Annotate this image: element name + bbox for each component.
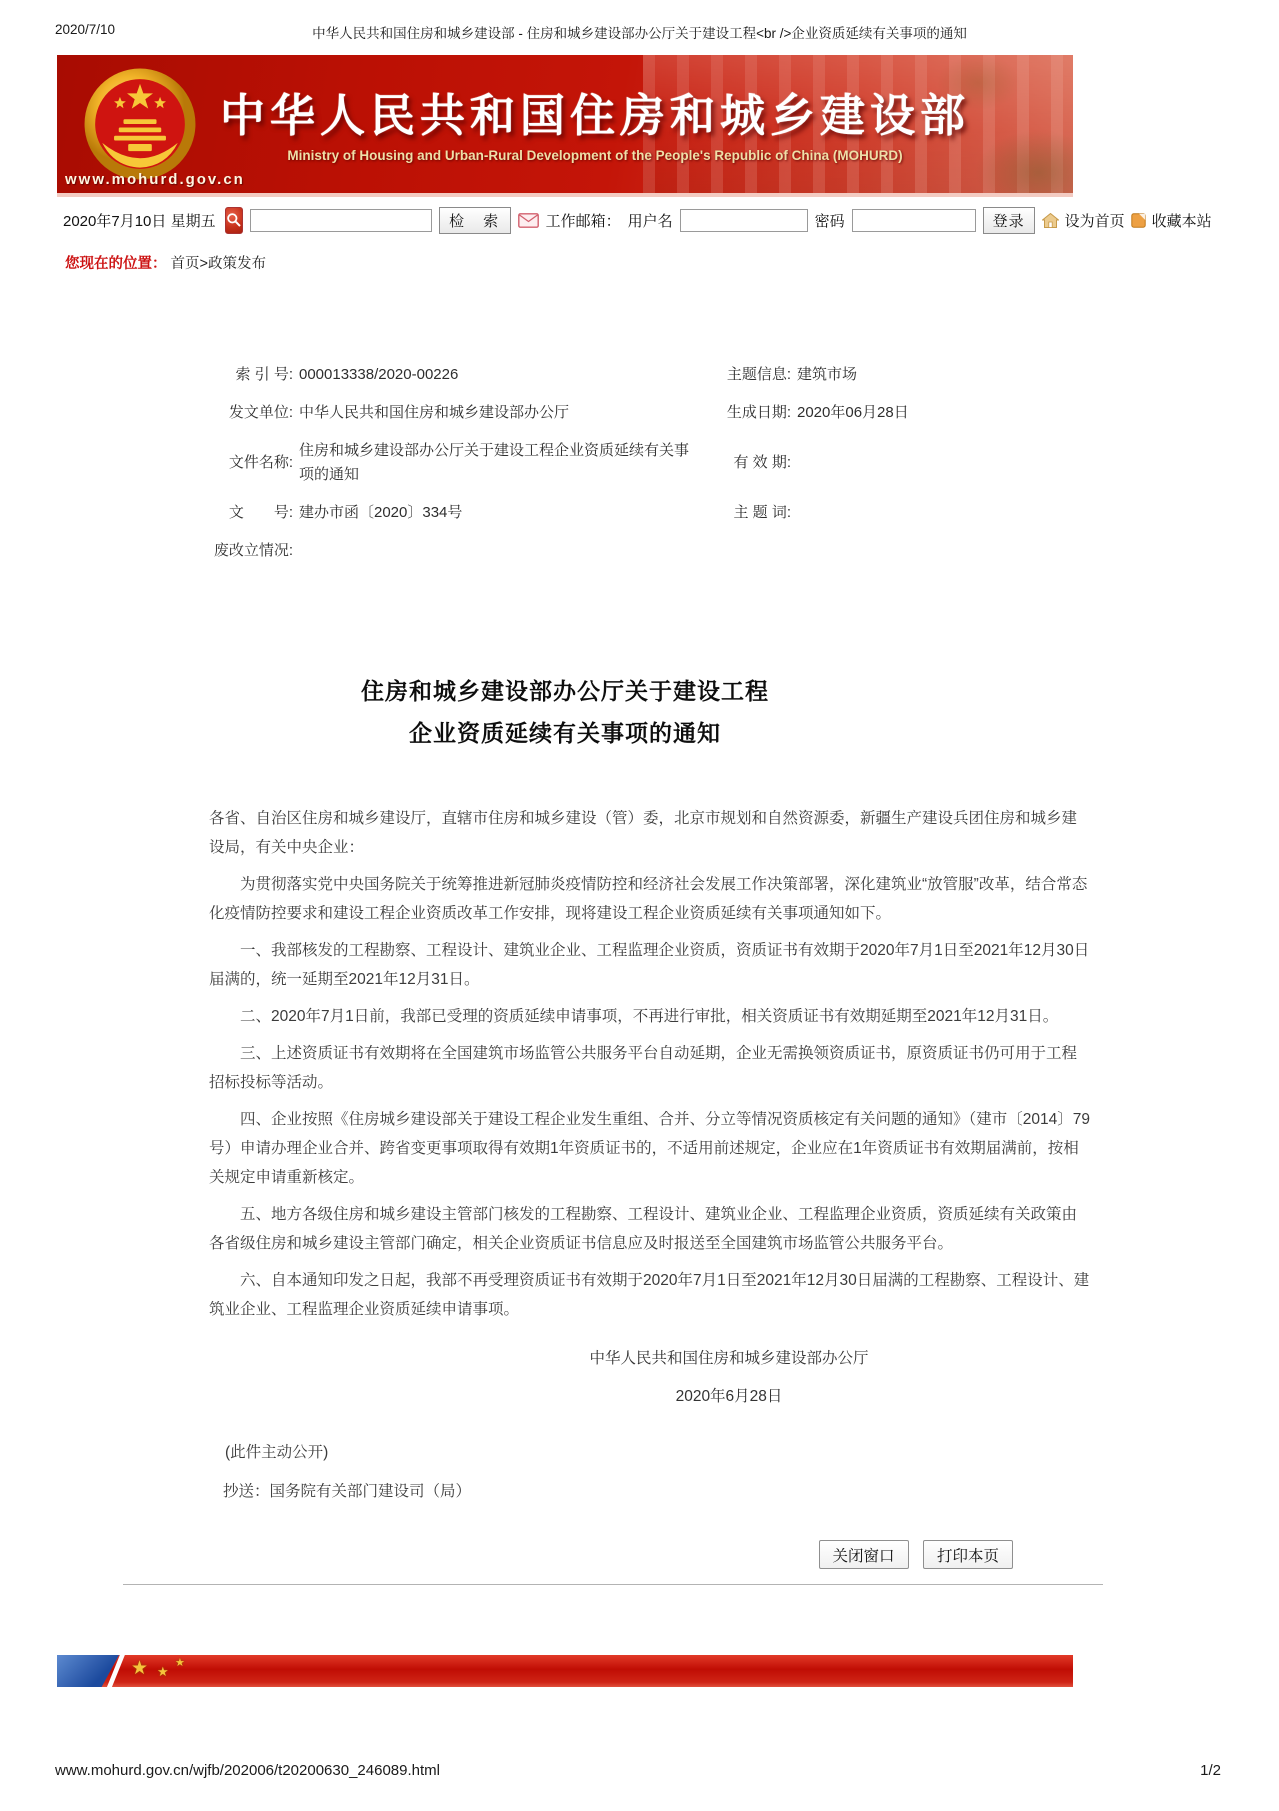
page-title: 住房和城乡建设部办公厅关于建设工程 企业资质延续有关事项的通知	[57, 670, 1073, 754]
star-icon: ★	[131, 1657, 148, 1680]
meta-value: 建筑市场	[797, 356, 1061, 394]
paragraph: 三、上述资质证书有效期将在全国建筑市场监管公共服务平台自动延期，企业无需换领资质…	[209, 1039, 1091, 1097]
action-bar: 关闭窗口 打印本页	[57, 1540, 1073, 1569]
meta-label: 主题信息:	[695, 356, 797, 394]
mail-label: 工作邮箱：	[546, 210, 621, 231]
document-body: 各省、自治区住房和城乡建设厅，直辖市住房和城乡建设（管）委，北京市规划和自然资源…	[209, 804, 1091, 1506]
signature-block: 中华人民共和国住房和城乡建设部办公厅 2020年6月28日	[519, 1340, 939, 1416]
toolbar-date: 2020年7月10日 星期五	[63, 210, 216, 231]
meta-value	[797, 456, 1061, 470]
meta-value: 中华人民共和国住房和城乡建设部办公厅	[299, 394, 695, 432]
home-icon	[1042, 213, 1059, 228]
breadcrumb-label: 您现在的位置：	[65, 256, 167, 272]
breadcrumb-path[interactable]: 首页>政策发布	[171, 256, 266, 272]
paragraph: 四、企业按照《住房城乡建设部关于建设工程企业发生重组、合并、分立等情况资质核定有…	[209, 1105, 1091, 1192]
meta-label	[695, 544, 797, 558]
meta-value: 住房和城乡建设部办公厅关于建设工程企业资质延续有关事项的通知	[299, 432, 695, 494]
meta-label: 生成日期:	[695, 394, 797, 432]
cc-line: 抄送：国务院有关部门建设司（局）	[209, 1477, 1091, 1506]
star-icon: ★	[175, 1656, 185, 1669]
signature-date: 2020年6月28日	[519, 1378, 939, 1416]
breadcrumb: 您现在的位置： 首页>政策发布	[57, 243, 1073, 276]
password-label: 密码	[815, 210, 845, 231]
print-footer: www.mohurd.gov.cn/wjfb/202006/t20200630_…	[55, 1762, 1221, 1779]
meta-value	[797, 544, 1061, 558]
search-input[interactable]	[250, 209, 432, 232]
print-url: www.mohurd.gov.cn/wjfb/202006/t20200630_…	[55, 1762, 440, 1779]
username-label: 用户名	[628, 210, 673, 231]
star-icon: ★	[157, 1664, 169, 1680]
title-line-2: 企业资质延续有关事项的通知	[409, 720, 721, 746]
site-banner: 中华人民共和国住房和城乡建设部 Ministry of Housing and …	[57, 55, 1073, 197]
set-homepage-link[interactable]: 设为首页	[1065, 210, 1125, 231]
paragraph: 五、地方各级住房和城乡建设主管部门核发的工程勘察、工程设计、建筑业企业、工程监理…	[209, 1200, 1091, 1258]
paragraph: 一、我部核发的工程勘察、工程设计、建筑业企业、工程监理企业资质，资质证书有效期于…	[209, 936, 1091, 994]
mail-icon	[518, 213, 539, 228]
bookmark-icon	[1131, 213, 1146, 228]
close-window-button[interactable]: 关闭窗口	[819, 1540, 909, 1569]
favorite-link[interactable]: 收藏本站	[1152, 210, 1212, 231]
site-title-en: Ministry of Housing and Urban-Rural Deve…	[205, 148, 985, 163]
webpage-capture: 中华人民共和国住房和城乡建设部 Ministry of Housing and …	[57, 55, 1073, 1687]
print-date: 2020/7/10	[55, 22, 115, 37]
print-page-number: 1/2	[1200, 1762, 1221, 1779]
search-icon	[226, 212, 242, 228]
salutation-paragraph: 各省、自治区住房和城乡建设厅，直辖市住房和城乡建设（管）委，北京市规划和自然资源…	[209, 804, 1091, 862]
quick-links: 设为首页 收藏本站	[1042, 210, 1214, 231]
meta-label: 发文单位:	[183, 394, 299, 432]
meta-label: 主 题 词:	[695, 494, 797, 532]
site-url: www.mohurd.gov.cn	[65, 171, 245, 188]
print-header: 2020/7/10 中华人民共和国住房和城乡建设部 - 住房和城乡建设部办公厅关…	[0, 22, 1279, 42]
paragraph: 为贯彻落实党中央国务院关于统筹推进新冠肺炎疫情防控和经济社会发展工作决策部署，深…	[209, 870, 1091, 928]
signature-org: 中华人民共和国住房和城乡建设部办公厅	[519, 1340, 939, 1378]
meta-label: 有 效 期:	[695, 444, 797, 482]
password-input[interactable]	[852, 209, 976, 232]
search-button-icon[interactable]	[225, 207, 243, 234]
meta-value	[797, 506, 1061, 520]
meta-value	[299, 544, 695, 558]
public-note: (此件主动公开)	[209, 1438, 1091, 1467]
meta-value: 2020年06月28日	[797, 394, 1061, 432]
print-page-button[interactable]: 打印本页	[923, 1540, 1013, 1569]
site-title: 中华人民共和国住房和城乡建设部	[205, 79, 985, 144]
print-title: 中华人民共和国住房和城乡建设部 - 住房和城乡建设部办公厅关于建设工程<br /…	[120, 22, 1159, 42]
meta-label: 废改立情况:	[183, 532, 299, 570]
search-button[interactable]: 检 索	[439, 207, 511, 234]
meta-value: 000013338/2020-00226	[299, 356, 695, 394]
document-meta: 索 引 号: 000013338/2020-00226 主题信息: 建筑市场 发…	[183, 356, 1061, 570]
meta-label: 文 号:	[183, 494, 299, 532]
national-emblem-icon	[81, 65, 199, 183]
divider	[123, 1584, 1103, 1585]
meta-label: 文件名称:	[183, 444, 299, 482]
paragraph: 六、自本通知印发之日起，我部不再受理资质证书有效期于2020年7月1日至2021…	[209, 1266, 1091, 1324]
meta-label: 索 引 号:	[183, 356, 299, 394]
toolbar: 2020年7月10日 星期五 检 索 工作邮箱： 用户名 密码 登录	[57, 197, 1073, 243]
title-line-1: 住房和城乡建设部办公厅关于建设工程	[361, 678, 769, 704]
login-button[interactable]: 登录	[983, 207, 1035, 234]
meta-value: 建办市函〔2020〕334号	[299, 494, 695, 532]
paragraph: 二、2020年7月1日前，我部已受理的资质延续申请事项，不再进行审批，相关资质证…	[209, 1002, 1091, 1031]
footer-banner: ★ ★ ★	[57, 1655, 1073, 1687]
username-input[interactable]	[680, 209, 808, 232]
